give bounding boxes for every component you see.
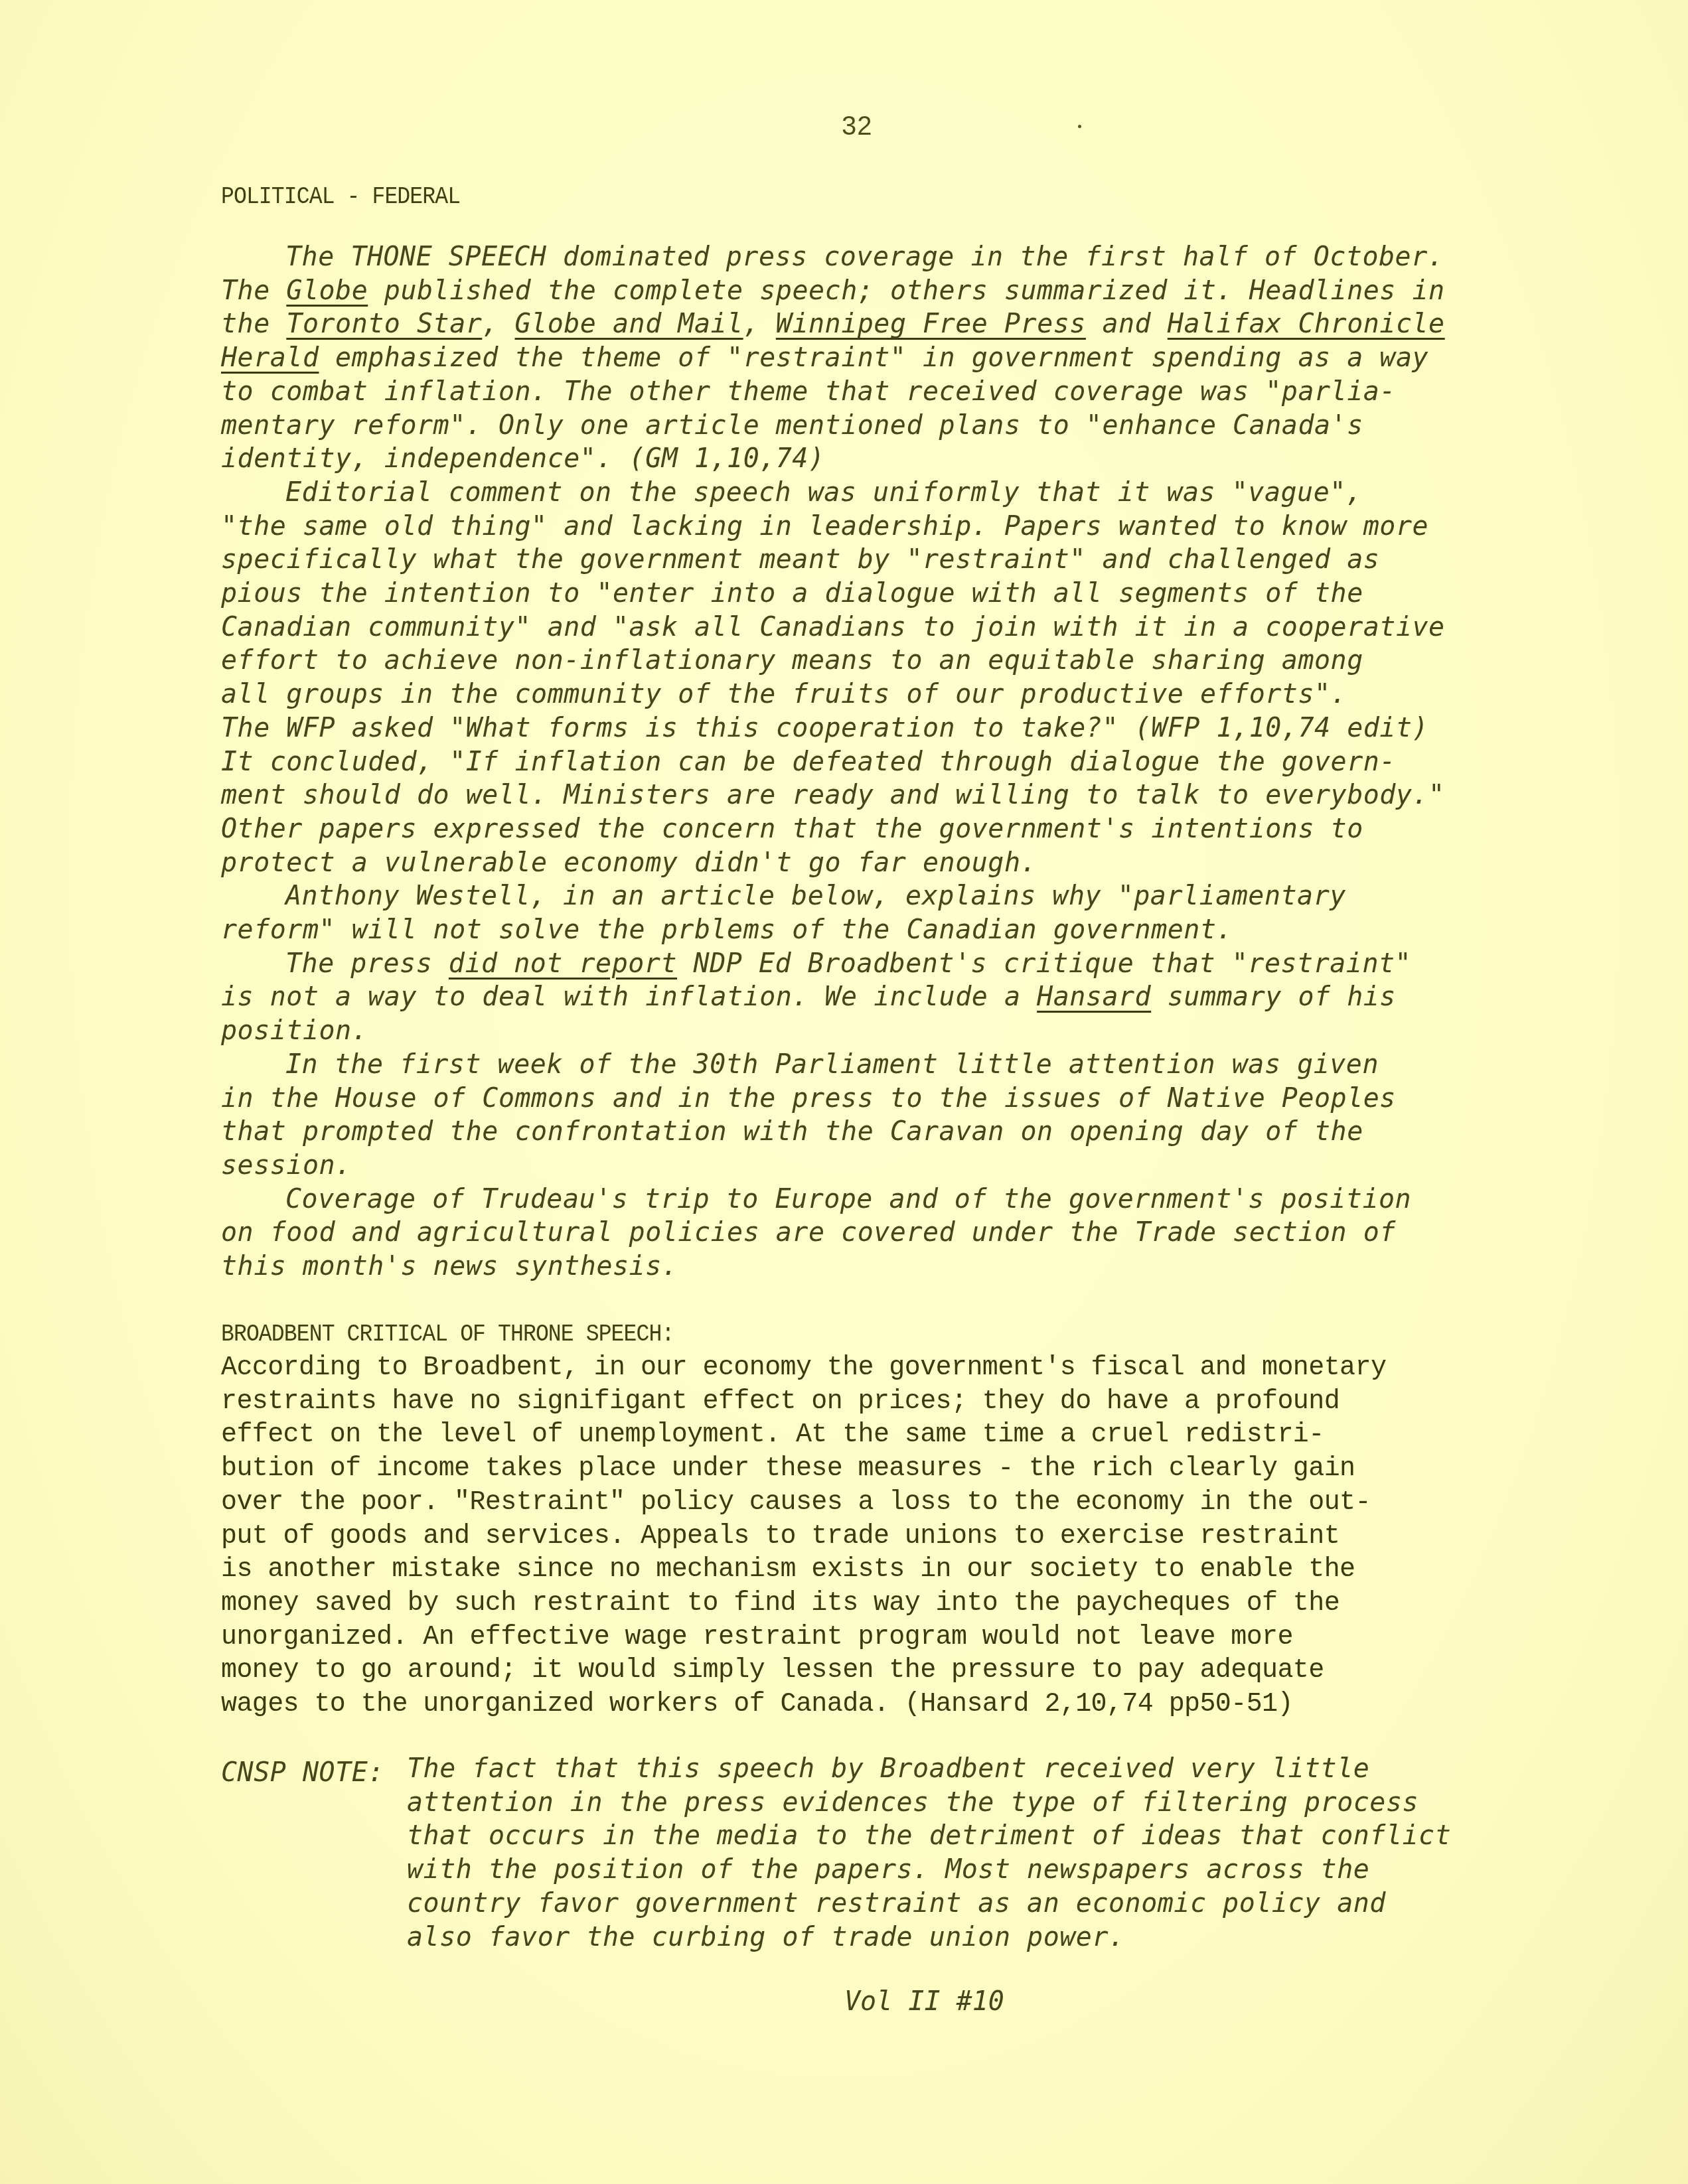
text-line: position. [221, 1014, 1502, 1048]
text-line: Other papers expressed the concern that … [221, 812, 1502, 846]
text-line: effect on the level of unemployment. At … [221, 1419, 1502, 1453]
text-segment: identity, independence". (GM 1,10,74) [221, 443, 825, 474]
text-segment: effort to achieve non-inflationary means… [221, 645, 1363, 676]
text-line: all groups in the community of the fruit… [221, 678, 1502, 711]
text-segment: The WFP asked "What forms is this cooper… [221, 713, 1428, 743]
section-body: The THONE SPEECH dominated press coverag… [221, 240, 1502, 1283]
text-line: "the same old thing" and lacking in lead… [221, 510, 1502, 544]
text-segment: the [221, 309, 286, 339]
text-line: that occurs in the media to the detrimen… [407, 1819, 1522, 1853]
text-segment: ment should do well. Ministers are ready… [221, 780, 1445, 810]
text-line: this month's news synthesis. [221, 1250, 1502, 1283]
text-line: unorganized. An effective wage restraint… [221, 1621, 1502, 1655]
text-segment: specifically what the government meant b… [221, 544, 1379, 575]
page-number: 32 [842, 111, 873, 141]
text-segment: Other papers expressed the concern that … [221, 814, 1363, 844]
text-line: The Globe published the complete speech;… [221, 274, 1502, 308]
underlined-title: Winnipeg Free Press [776, 309, 1086, 339]
text-line: wages to the unorganized workers of Cana… [221, 1688, 1502, 1722]
text-line: the Toronto Star, Globe and Mail, Winnip… [221, 307, 1502, 341]
text-segment: In the first week of the 30th Parliament… [285, 1049, 1379, 1080]
text-line: attention in the press evidences the typ… [407, 1786, 1522, 1820]
document-page: 32 POLITICAL - FEDERAL The THONE SPEECH … [0, 0, 1688, 2184]
note-label: CNSP NOTE: [221, 1757, 384, 1788]
text-line: country favor government restraint as an… [407, 1887, 1522, 1921]
text-line: The WFP asked "What forms is this cooper… [221, 711, 1502, 745]
volume-footer: Vol II #10 [844, 1986, 1004, 2017]
text-segment: in the House of Commons and in the press… [221, 1083, 1396, 1114]
text-segment: session. [221, 1150, 352, 1181]
text-segment: "the same old thing" and lacking in lead… [221, 511, 1428, 542]
note-body: The fact that this speech by Broadbent r… [407, 1752, 1522, 1954]
text-segment: to combat inflation. The other theme tha… [221, 376, 1396, 407]
text-line: effort to achieve non-inflationary means… [221, 644, 1502, 678]
text-line: specifically what the government meant b… [221, 543, 1502, 577]
text-line: Herald emphasized the theme of "restrain… [221, 341, 1502, 375]
text-line: It concluded, "If inflation can be defea… [221, 745, 1502, 779]
broadbent-title: BROADBENT CRITICAL OF THRONE SPEECH: [221, 1321, 674, 1348]
text-line: money saved by such restraint to find it… [221, 1587, 1502, 1621]
text-line: According to Broadbent, in our economy t… [221, 1352, 1502, 1386]
text-segment: The press [285, 948, 449, 979]
broadbent-body: According to Broadbent, in our economy t… [221, 1352, 1502, 1722]
paper-speck [1078, 125, 1081, 128]
text-segment: mentary reform". Only one article mentio… [221, 410, 1363, 441]
text-line: also favor the curbing of trade union po… [407, 1921, 1522, 1954]
underlined-title: Toronto Star [286, 309, 482, 339]
text-segment: protect a vulnerable economy didn't go f… [221, 847, 1037, 878]
text-segment: pious the intention to "enter into a dia… [221, 578, 1363, 609]
text-line: money to go around; it would simply less… [221, 1654, 1502, 1688]
text-line: The press did not report NDP Ed Broadben… [221, 947, 1502, 981]
text-line: The THONE SPEECH dominated press coverag… [221, 240, 1502, 274]
text-line: in the House of Commons and in the press… [221, 1082, 1502, 1116]
text-line: ment should do well. Ministers are ready… [221, 778, 1502, 812]
text-line: that prompted the confrontation with the… [221, 1115, 1502, 1149]
text-line: Coverage of Trudeau's trip to Europe and… [221, 1183, 1502, 1216]
underlined-title: Hansard [1037, 982, 1151, 1012]
text-segment: summary of his [1151, 982, 1396, 1012]
text-line: mentary reform". Only one article mentio… [221, 409, 1502, 443]
underlined-title: Halifax Chronicle [1168, 309, 1445, 339]
text-segment: and [1086, 309, 1168, 339]
underlined-title: Globe [286, 275, 368, 306]
text-segment: that prompted the confrontation with the… [221, 1116, 1363, 1147]
text-segment: The [221, 275, 286, 306]
text-segment: , [743, 309, 776, 339]
text-segment: It concluded, "If inflation can be defea… [221, 747, 1396, 777]
text-line: restraints have no signifigant effect on… [221, 1386, 1502, 1420]
text-line: protect a vulnerable economy didn't go f… [221, 846, 1502, 880]
text-segment: emphasized the theme of "restraint" in g… [319, 342, 1429, 373]
text-segment: published the complete speech; others su… [368, 275, 1444, 306]
text-segment: The THONE SPEECH dominated press coverag… [285, 242, 1444, 272]
text-line: bution of income takes place under these… [221, 1453, 1502, 1487]
text-segment: reform" will not solve the prblems of th… [221, 914, 1233, 945]
text-segment: Coverage of Trudeau's trip to Europe and… [285, 1184, 1411, 1214]
text-segment: , [482, 309, 514, 339]
text-segment: Editorial comment on the speech was unif… [285, 477, 1362, 508]
text-segment: this month's news synthesis. [221, 1251, 678, 1281]
text-line: identity, independence". (GM 1,10,74) [221, 442, 1502, 476]
text-segment: Canadian community" and "ask all Canadia… [221, 612, 1445, 642]
text-line: is not a way to deal with inflation. We … [221, 980, 1502, 1014]
text-line: is another mistake since no mechanism ex… [221, 1554, 1502, 1587]
text-line: over the poor. "Restraint" policy causes… [221, 1487, 1502, 1520]
text-line: Canadian community" and "ask all Canadia… [221, 611, 1502, 644]
text-line: pious the intention to "enter into a dia… [221, 577, 1502, 611]
text-line: to combat inflation. The other theme tha… [221, 375, 1502, 409]
text-segment: on food and agricultural policies are co… [221, 1217, 1396, 1248]
underlined-title: Globe and Mail [514, 309, 743, 339]
underlined-title: did not report [449, 948, 677, 979]
text-segment: NDP Ed Broadbent's critique that "restra… [677, 948, 1411, 979]
text-line: put of goods and services. Appeals to tr… [221, 1520, 1502, 1554]
text-line: with the position of the papers. Most ne… [407, 1853, 1522, 1887]
text-segment: all groups in the community of the fruit… [221, 679, 1347, 709]
text-segment: is not a way to deal with inflation. We … [221, 982, 1037, 1012]
underlined-title: Herald [221, 342, 319, 373]
text-line: Anthony Westell, in an article below, ex… [221, 879, 1502, 913]
text-segment: Anthony Westell, in an article below, ex… [285, 881, 1346, 911]
text-segment: position. [221, 1015, 368, 1046]
section-title: POLITICAL - FEDERAL [221, 183, 460, 210]
text-line: The fact that this speech by Broadbent r… [407, 1752, 1522, 1786]
text-line: session. [221, 1149, 1502, 1183]
text-line: Editorial comment on the speech was unif… [221, 476, 1502, 510]
text-line: on food and agricultural policies are co… [221, 1216, 1502, 1250]
text-line: reform" will not solve the prblems of th… [221, 913, 1502, 947]
text-line: In the first week of the 30th Parliament… [221, 1048, 1502, 1082]
